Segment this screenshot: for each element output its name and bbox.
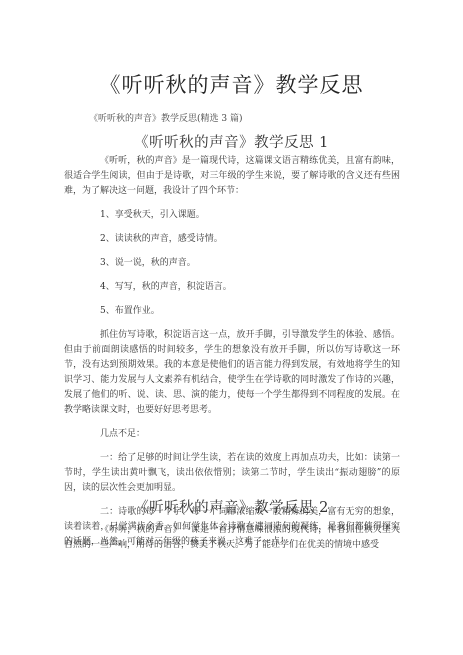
section-2-body: 《听听，秋的声音》一课是一首抒情意味很浓的现代诗，作者抓住秋天里大自然的一些声响… <box>64 523 400 553</box>
section-1-reflection: 抓住仿写诗歌，积淀语言这一点，放开手脚，引导激发学生的体验、感悟。但由于前面朗读… <box>64 328 400 418</box>
document-title: 《听听秋的声音》教学反思 <box>0 69 463 99</box>
shortcoming-item: 一：给了足够的时间让学生读，若在读的效度上再加点功夫，比如：读第一节时，学生读出… <box>64 451 400 496</box>
step-item: 5、布置作业。 <box>64 304 400 319</box>
shortcomings-label: 几点不足： <box>64 427 400 442</box>
document-page: 《听听秋的声音》教学反思 《听听秋的声音》教学反思(精选 3 篇) 《听听秋的声… <box>0 0 463 655</box>
step-item: 2、读读秋的声音，感受诗情。 <box>64 232 400 247</box>
step-item: 4、写写，秋的声音，积淀语言。 <box>64 280 400 295</box>
section-1-intro: 《听听，秋的声音》是一篇现代诗，这篇课文语言精练优美，且富有韵味，很适合学生阅读… <box>64 154 400 199</box>
step-item: 3、说一说，秋的声音。 <box>64 256 400 271</box>
section-1-heading: 《听听秋的声音》教学反思 1 <box>0 131 463 152</box>
section-1-body: 《听听，秋的声音》是一篇现代诗，这篇课文语言精练优美，且富有韵味，很适合学生阅读… <box>64 154 400 550</box>
section-2-intro: 《听听，秋的声音》一课是一首抒情意味很浓的现代诗，作者抓住秋天里大自然的一些声响… <box>64 523 400 553</box>
step-item: 1、享受秋天，引入课题。 <box>64 208 400 223</box>
document-subtitle: 《听听秋的声音》教学反思(精选 3 篇) <box>89 111 242 124</box>
section-2-heading: 《听听秋的声音》教学反思 2 <box>0 496 463 517</box>
